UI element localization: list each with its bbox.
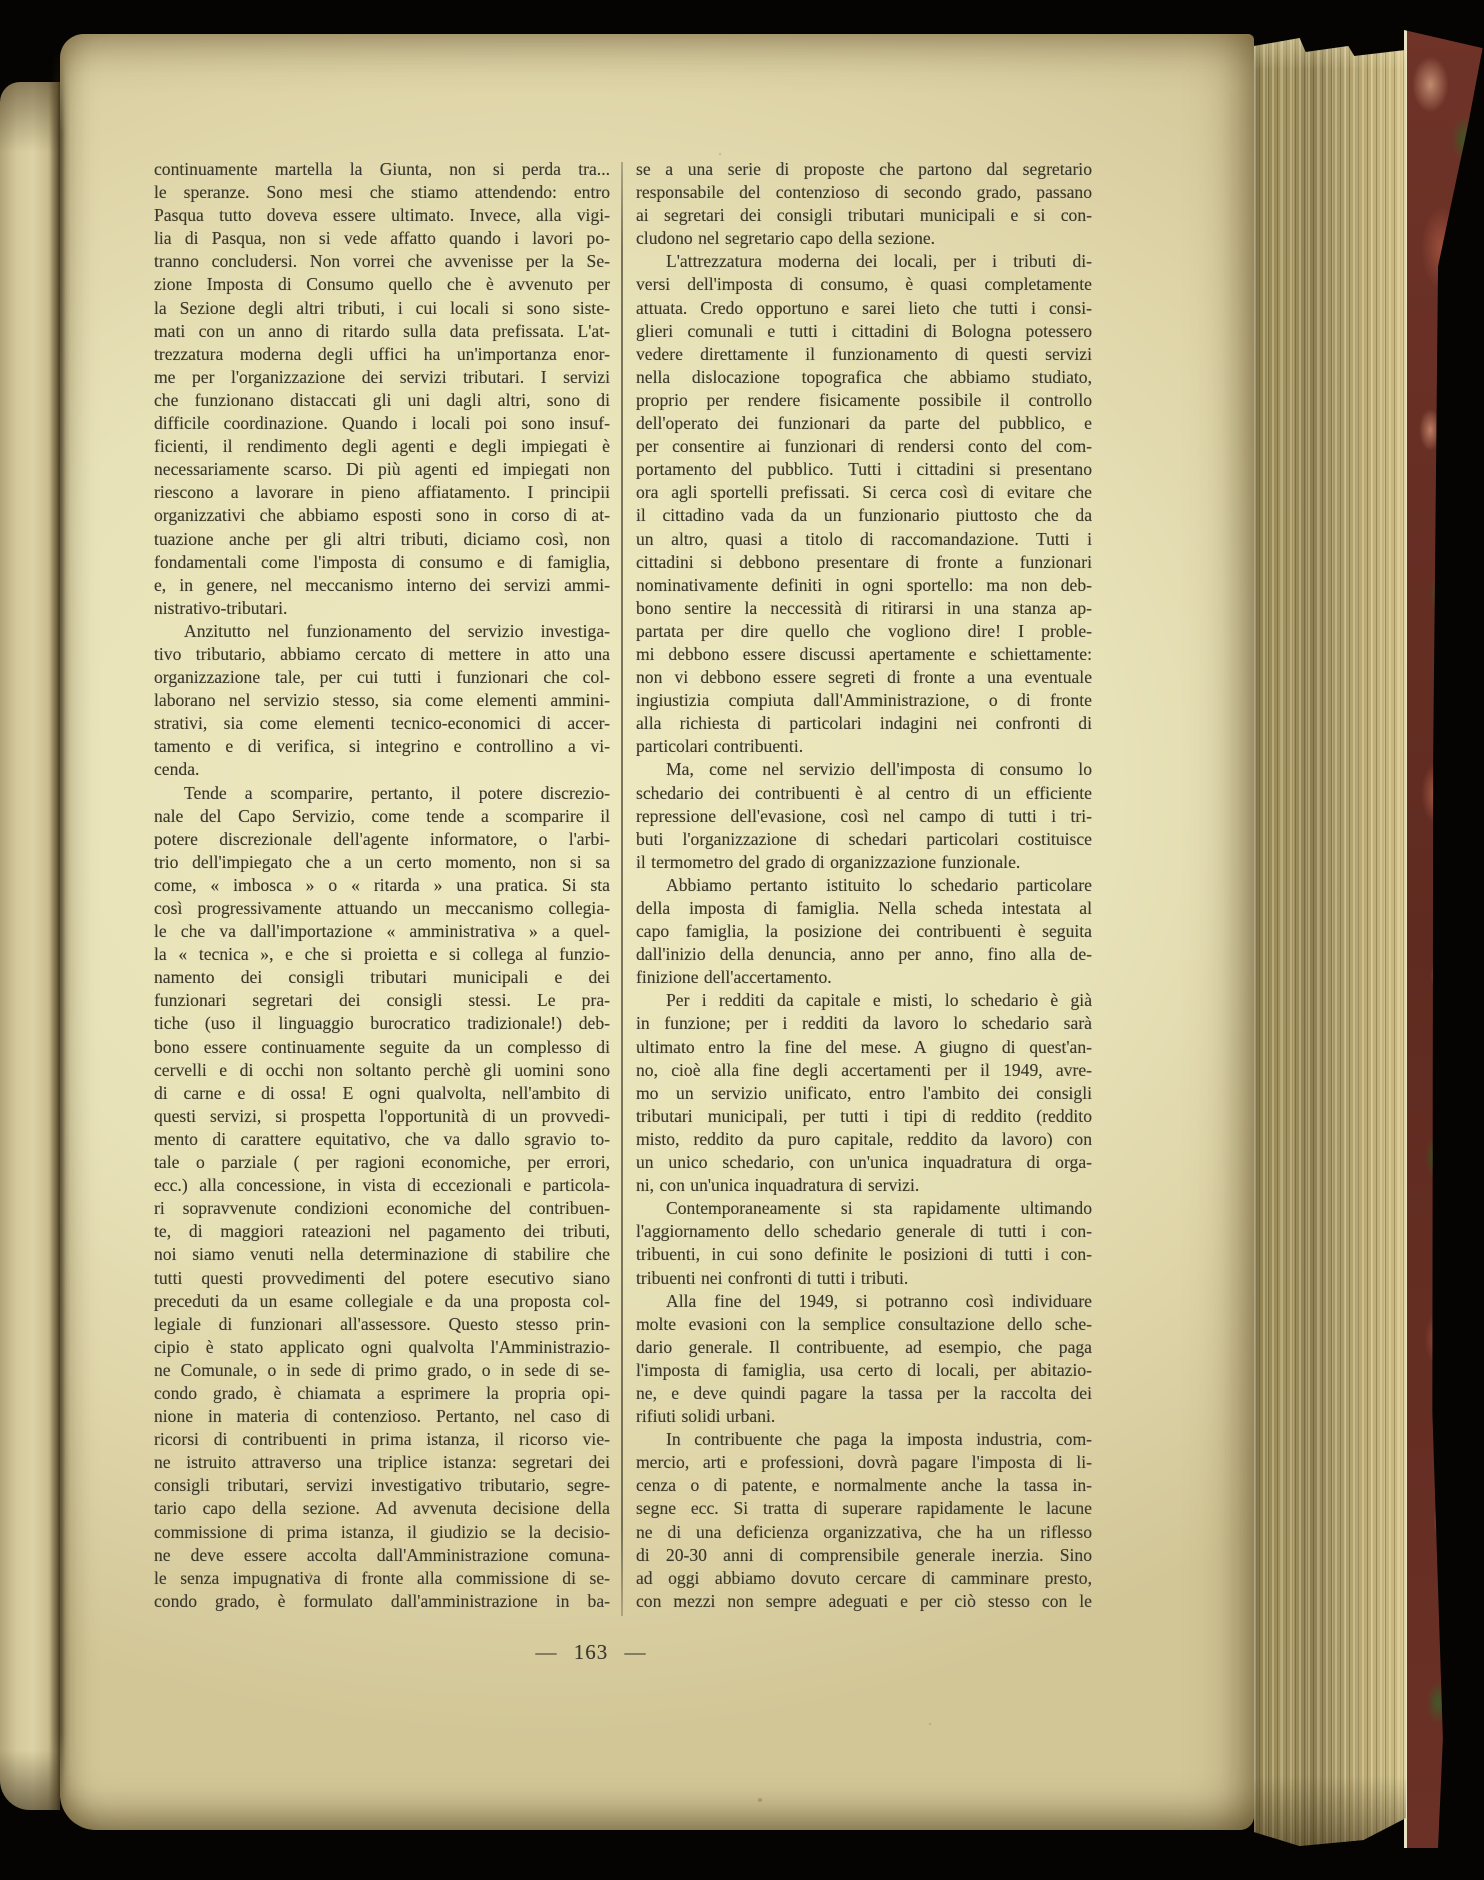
text-line: ficienti, il rendimento degli agenti e d… bbox=[154, 435, 610, 458]
text-line: ricorsi di contribuenti in prima istanza… bbox=[154, 1428, 610, 1451]
text-line: un altro, quasi a titolo di raccomandazi… bbox=[636, 528, 1092, 551]
text-line: difficile coordinazione. Quando i locali… bbox=[154, 412, 610, 435]
text-line: se a una serie di proposte che partono d… bbox=[636, 158, 1092, 181]
text-line: preceduti da un esame collegiale e da un… bbox=[154, 1290, 610, 1313]
text-line: consigli tributari, servizi investigativ… bbox=[154, 1474, 610, 1497]
text-column-right: se a una serie di proposte che partono d… bbox=[636, 158, 1092, 1613]
text-line: Abbiamo pertanto istituito lo schedario … bbox=[636, 874, 1092, 897]
text-line: no, cioè alla fine degli accertamenti pe… bbox=[636, 1059, 1092, 1082]
text-line: cenza o di patente, e normalmente anche … bbox=[636, 1474, 1092, 1497]
text-line: di 20-30 anni di comprensibile generale … bbox=[636, 1544, 1092, 1567]
text-line: Pasqua tutto doveva essere ultimato. Inv… bbox=[154, 204, 610, 227]
text-line: legiale di funzionari all'assessore. Que… bbox=[154, 1313, 610, 1336]
text-line: dario generale. Il contribuente, ad esem… bbox=[636, 1336, 1092, 1359]
text-line: tamento e di verifica, si integrino e co… bbox=[154, 735, 610, 758]
text-column-left: continuamente martella la Giunta, non si… bbox=[154, 158, 610, 1613]
text-line: portamento del pubblico. Tutti i cittadi… bbox=[636, 458, 1092, 481]
text-line: le che va dall'importazione « amministra… bbox=[154, 920, 610, 943]
text-line: la « tecnica », e che si proietta e si c… bbox=[154, 943, 610, 966]
text-line: mati con un anno di ritardo sulla data p… bbox=[154, 320, 610, 343]
text-line: cittadini si debbono presentare di front… bbox=[636, 551, 1092, 574]
text-line: nominativamente definiti in ogni sportel… bbox=[636, 574, 1092, 597]
text-line: ora agli sportelli prefissati. Si cerca … bbox=[636, 481, 1092, 504]
text-line: per consentire ai funzionari di rendersi… bbox=[636, 435, 1092, 458]
text-line: della imposta di famiglia. Nella scheda … bbox=[636, 897, 1092, 920]
text-line: ne, e deve quindi pagare la tassa per la… bbox=[636, 1382, 1092, 1405]
text-line: come, « imbosca » o « ritarda » una prat… bbox=[154, 874, 610, 897]
text-line: tuazione anche per gli altri tributi, di… bbox=[154, 528, 610, 551]
text-line: proprio per rendere fisicamente possibil… bbox=[636, 389, 1092, 412]
text-line: continuamente martella la Giunta, non si… bbox=[154, 158, 610, 181]
text-line: ni, con un'unica inquadratura di servizi… bbox=[636, 1174, 1092, 1197]
text-line: trio dell'impiegato che a un certo momen… bbox=[154, 851, 610, 874]
page-number: — 163 — bbox=[154, 1640, 1028, 1665]
text-line: finizione dell'accertamento. bbox=[636, 966, 1092, 989]
text-line: bono essere continuamente seguite da un … bbox=[154, 1036, 610, 1059]
text-line: ecc.) alla concessione, in vista di ecce… bbox=[154, 1174, 610, 1197]
text-line: condo grado, è formulato dall'amministra… bbox=[154, 1590, 610, 1613]
text-line: trezzatura moderna degli uffici ha un'im… bbox=[154, 343, 610, 366]
text-line: capo famiglia, la posizione dei contribu… bbox=[636, 920, 1092, 943]
text-line: schedario dei contribuenti è al centro d… bbox=[636, 782, 1092, 805]
text-line: tario capo della sezione. Ad avvenuta de… bbox=[154, 1497, 610, 1520]
text-line: ai segretari dei consigli tributari muni… bbox=[636, 204, 1092, 227]
text-line: e, in genere, nel meccanismo interno dei… bbox=[154, 574, 610, 597]
text-line: che funzionano distaccati gli uni dagli … bbox=[154, 389, 610, 412]
text-line: Alla fine del 1949, si potranno così ind… bbox=[636, 1290, 1092, 1313]
text-line: tivo tributario, abbiamo cercato di mett… bbox=[154, 643, 610, 666]
text-line: un unico schedario, con un'unica inquadr… bbox=[636, 1151, 1092, 1174]
text-line: molte evasioni con la semplice consultaz… bbox=[636, 1313, 1092, 1336]
text-line: noi siamo venuti nella determinazione di… bbox=[154, 1243, 610, 1266]
text-line: le senza impugnativa di fronte alla comm… bbox=[154, 1567, 610, 1590]
text-line: in funzione; per i redditi da lavoro lo … bbox=[636, 1012, 1092, 1035]
text-line: nistrativo-tributari. bbox=[154, 597, 610, 620]
text-line: misto, reddito da puro capitale, reddito… bbox=[636, 1128, 1092, 1151]
text-line: potere discrezionale dell'agente informa… bbox=[154, 828, 610, 851]
text-line: nella dislocazione topografica che abbia… bbox=[636, 366, 1092, 389]
text-line: responsabile del contenzioso di secondo … bbox=[636, 181, 1092, 204]
text-line: Per i redditi da capitale e misti, lo sc… bbox=[636, 989, 1092, 1012]
text-line: ultimato entro la fine del mese. A giugn… bbox=[636, 1036, 1092, 1059]
text-line: strativi, sia come elementi tecnico-econ… bbox=[154, 712, 610, 735]
text-line: ne Comunale, o in sede di primo grado, o… bbox=[154, 1359, 610, 1382]
text-line: dell'operato dei funzionari da parte del… bbox=[636, 412, 1092, 435]
text-line: dall'inizio della denuncia, anno per ann… bbox=[636, 943, 1092, 966]
text-line: alla richiesta di particolari indagini n… bbox=[636, 712, 1092, 735]
text-line: tributari municipali, per tutti i tipi d… bbox=[636, 1105, 1092, 1128]
text-line: di carne e di ossa! E ogni qualvolta, ne… bbox=[154, 1082, 610, 1105]
text-line: versi dell'imposta di consumo, è quasi c… bbox=[636, 273, 1092, 296]
text-line: tiche (uso il linguaggio burocratico tra… bbox=[154, 1012, 610, 1035]
fore-edge-pages bbox=[1254, 36, 1406, 1846]
text-line: ingiustizia compiuta dall'Amministrazion… bbox=[636, 689, 1092, 712]
text-line: commissione di prima istanza, il giudizi… bbox=[154, 1521, 610, 1544]
text-line: In contribuente che paga la imposta indu… bbox=[636, 1428, 1092, 1451]
text-line: ad oggi abbiamo dovuto cercare di cammin… bbox=[636, 1567, 1092, 1590]
gutter-crease bbox=[50, 44, 70, 1820]
text-line: bono sentire la neccessità di ritirarsi … bbox=[636, 597, 1092, 620]
text-line: nale del Capo Servizio, come tende a sco… bbox=[154, 805, 610, 828]
text-line: il termometro del grado di organizzazion… bbox=[636, 851, 1092, 874]
text-line: nione in materia di contenzioso. Pertant… bbox=[154, 1405, 610, 1428]
text-line: organizzativi che abbiamo esposti sono i… bbox=[154, 504, 610, 527]
text-line: L'attrezzatura moderna dei locali, per i… bbox=[636, 250, 1092, 273]
text-line: zione Imposta di Consumo quello che è av… bbox=[154, 273, 610, 296]
text-line: buti l'organizzazione di schedari partic… bbox=[636, 828, 1092, 851]
text-line: ne di una deficienza organizzativa, che … bbox=[636, 1521, 1092, 1544]
text-line: tranno concludersi. Non vorrei che avven… bbox=[154, 250, 610, 273]
text-line: cenda. bbox=[154, 758, 610, 781]
text-line: ne deve essere accolta dall'Amministrazi… bbox=[154, 1544, 610, 1567]
text-line: Ma, come nel servizio dell'imposta di co… bbox=[636, 758, 1092, 781]
text-line: cludono nel segretario capo della sezion… bbox=[636, 227, 1092, 250]
text-line: l'aggiornamento dello schedario generale… bbox=[636, 1220, 1092, 1243]
text-line: il cittadino vada da un funzionario piut… bbox=[636, 504, 1092, 527]
text-line: Tende a scomparire, pertanto, il potere … bbox=[154, 782, 610, 805]
text-line: glieri comunali e tutti i cittadini di B… bbox=[636, 320, 1092, 343]
text-line: Anzitutto nel funzionamento del servizio… bbox=[154, 620, 610, 643]
text-line: tutti questi provvedimenti del potere es… bbox=[154, 1267, 610, 1290]
marbled-cover bbox=[1404, 30, 1484, 1848]
text-line: riescono a lavorare in pieno affiatament… bbox=[154, 481, 610, 504]
text-line: repressione dell'evasione, così nel camp… bbox=[636, 805, 1092, 828]
text-line: tale o parziale ( per ragioni economiche… bbox=[154, 1151, 610, 1174]
text-line: mercio, arti e professioni, dovrà pagare… bbox=[636, 1451, 1092, 1474]
text-line: condo grado, è chiamata a esprimere la p… bbox=[154, 1382, 610, 1405]
text-line: te, di maggiori rateazioni nel pagamento… bbox=[154, 1220, 610, 1243]
text-line: Contemporaneamente si sta rapidamente ul… bbox=[636, 1197, 1092, 1220]
text-line: lia di Pasqua, non si vede affatto quand… bbox=[154, 227, 610, 250]
text-line: laborano nel servizio stesso, sia come e… bbox=[154, 689, 610, 712]
text-line: ri sopravvenute condizioni economiche de… bbox=[154, 1197, 610, 1220]
text-line: mi debbono essere discussi apertamente e… bbox=[636, 643, 1092, 666]
text-line: l'imposta di famiglia, usa certo di loca… bbox=[636, 1359, 1092, 1382]
text-line: con mezzi non sempre adeguati e per ciò … bbox=[636, 1590, 1092, 1613]
text-line: segne ecc. Si tratta di superare rapidam… bbox=[636, 1497, 1092, 1520]
text-line: fondamentali come l'imposta di consumo e… bbox=[154, 551, 610, 574]
text-line: tribuenti, in cui sono definite le posiz… bbox=[636, 1243, 1092, 1266]
text-line: me per l'organizzazione dei servizi trib… bbox=[154, 366, 610, 389]
text-line: ne istruito attraverso una triplice ista… bbox=[154, 1451, 610, 1474]
text-line: così progressivamente attuando un meccan… bbox=[154, 897, 610, 920]
text-line: le speranze. Sono mesi che stiamo attend… bbox=[154, 181, 610, 204]
text-line: la Sezione degli altri tributi, i cui lo… bbox=[154, 297, 610, 320]
text-line: funzionari segretari dei consigli stessi… bbox=[154, 989, 610, 1012]
text-line: non vi debbono essere segreti di fronte … bbox=[636, 666, 1092, 689]
text-line: partata per dire quello che vogliono dir… bbox=[636, 620, 1092, 643]
text-line: particolari contribuenti. bbox=[636, 735, 1092, 758]
text-line: mo un servizio unificato, entro l'ambito… bbox=[636, 1082, 1092, 1105]
column-divider-rule bbox=[621, 162, 623, 1616]
text-line: attuata. Credo opportuno e sarei lieto c… bbox=[636, 297, 1092, 320]
text-line: organizzazione tale, per cui tutti i fun… bbox=[154, 666, 610, 689]
text-line: necessariamente scarso. Di più agenti ed… bbox=[154, 458, 610, 481]
text-line: cipio è stato applicato ogni qualvolta l… bbox=[154, 1336, 610, 1359]
text-line: cervelli e di occhi non soltanto perchè … bbox=[154, 1059, 610, 1082]
text-line: vedere direttamente il funzionamento di … bbox=[636, 343, 1092, 366]
text-line: namento dei consigli tributari municipal… bbox=[154, 966, 610, 989]
text-line: questi servizi, si prospetta l'opportuni… bbox=[154, 1105, 610, 1128]
text-line: mento di carattere equitativo, che va da… bbox=[154, 1128, 610, 1151]
text-line: tribuenti nei confronti di tutti i tribu… bbox=[636, 1267, 1092, 1290]
text-line: rifiuti solidi urbani. bbox=[636, 1405, 1092, 1428]
